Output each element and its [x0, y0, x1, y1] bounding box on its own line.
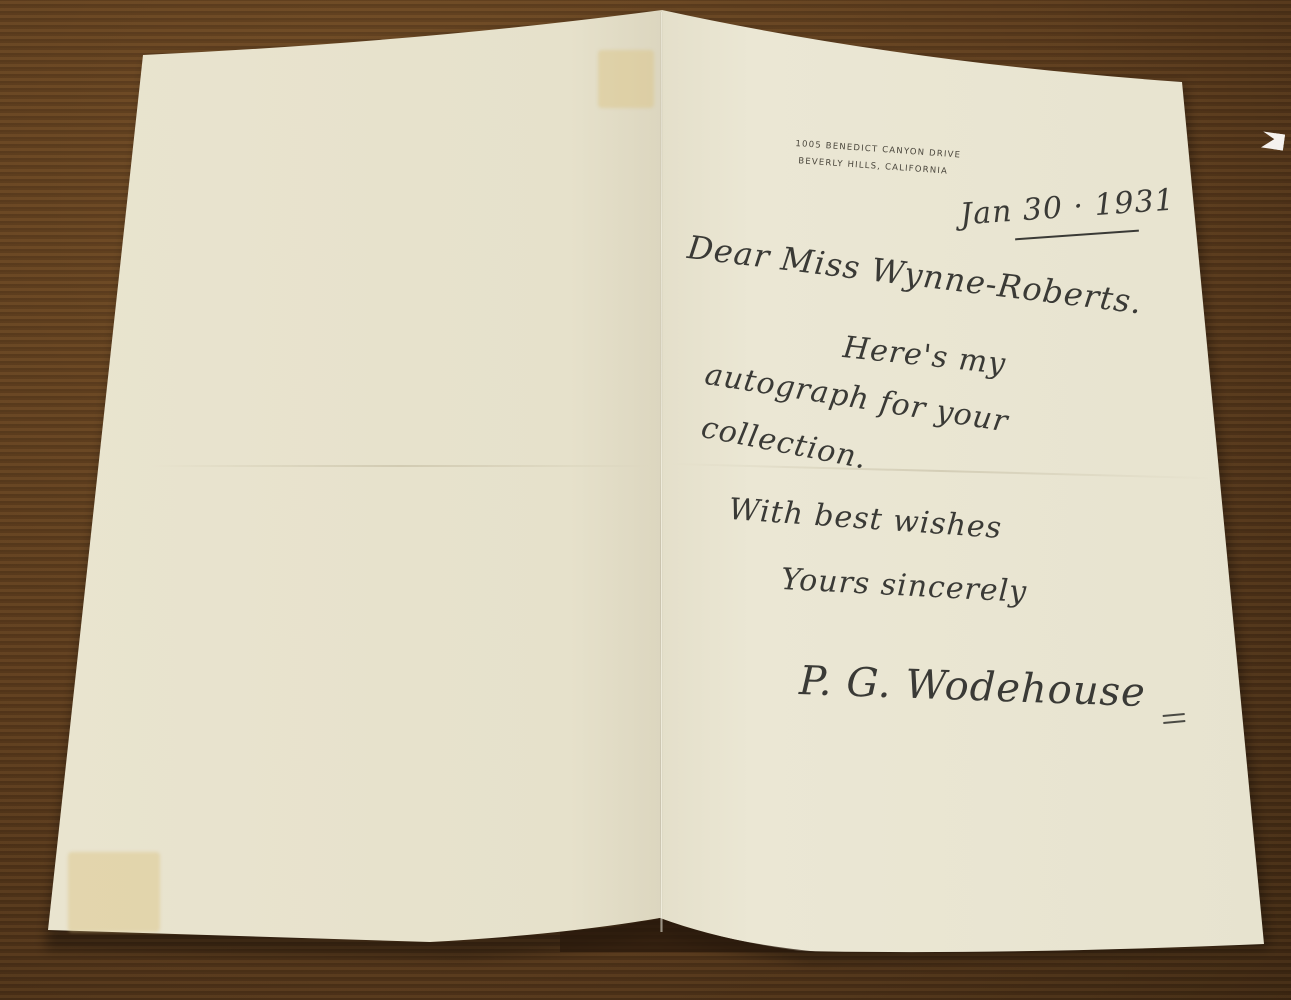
letter-paper: [0, 0, 1291, 1000]
tape-stain-bottom-left: [68, 852, 160, 932]
horizontal-crease-left: [150, 465, 650, 467]
signature-flourish: [1163, 713, 1186, 724]
left-page: [48, 10, 662, 942]
tape-stain-top: [598, 50, 654, 108]
paper-scrap-on-table: [1261, 132, 1285, 151]
right-page: [660, 10, 1264, 952]
center-fold-crease: [660, 12, 663, 932]
photo-scene: 1005 BENEDICT CANYON DRIVE BEVERLY HILLS…: [0, 0, 1291, 1000]
